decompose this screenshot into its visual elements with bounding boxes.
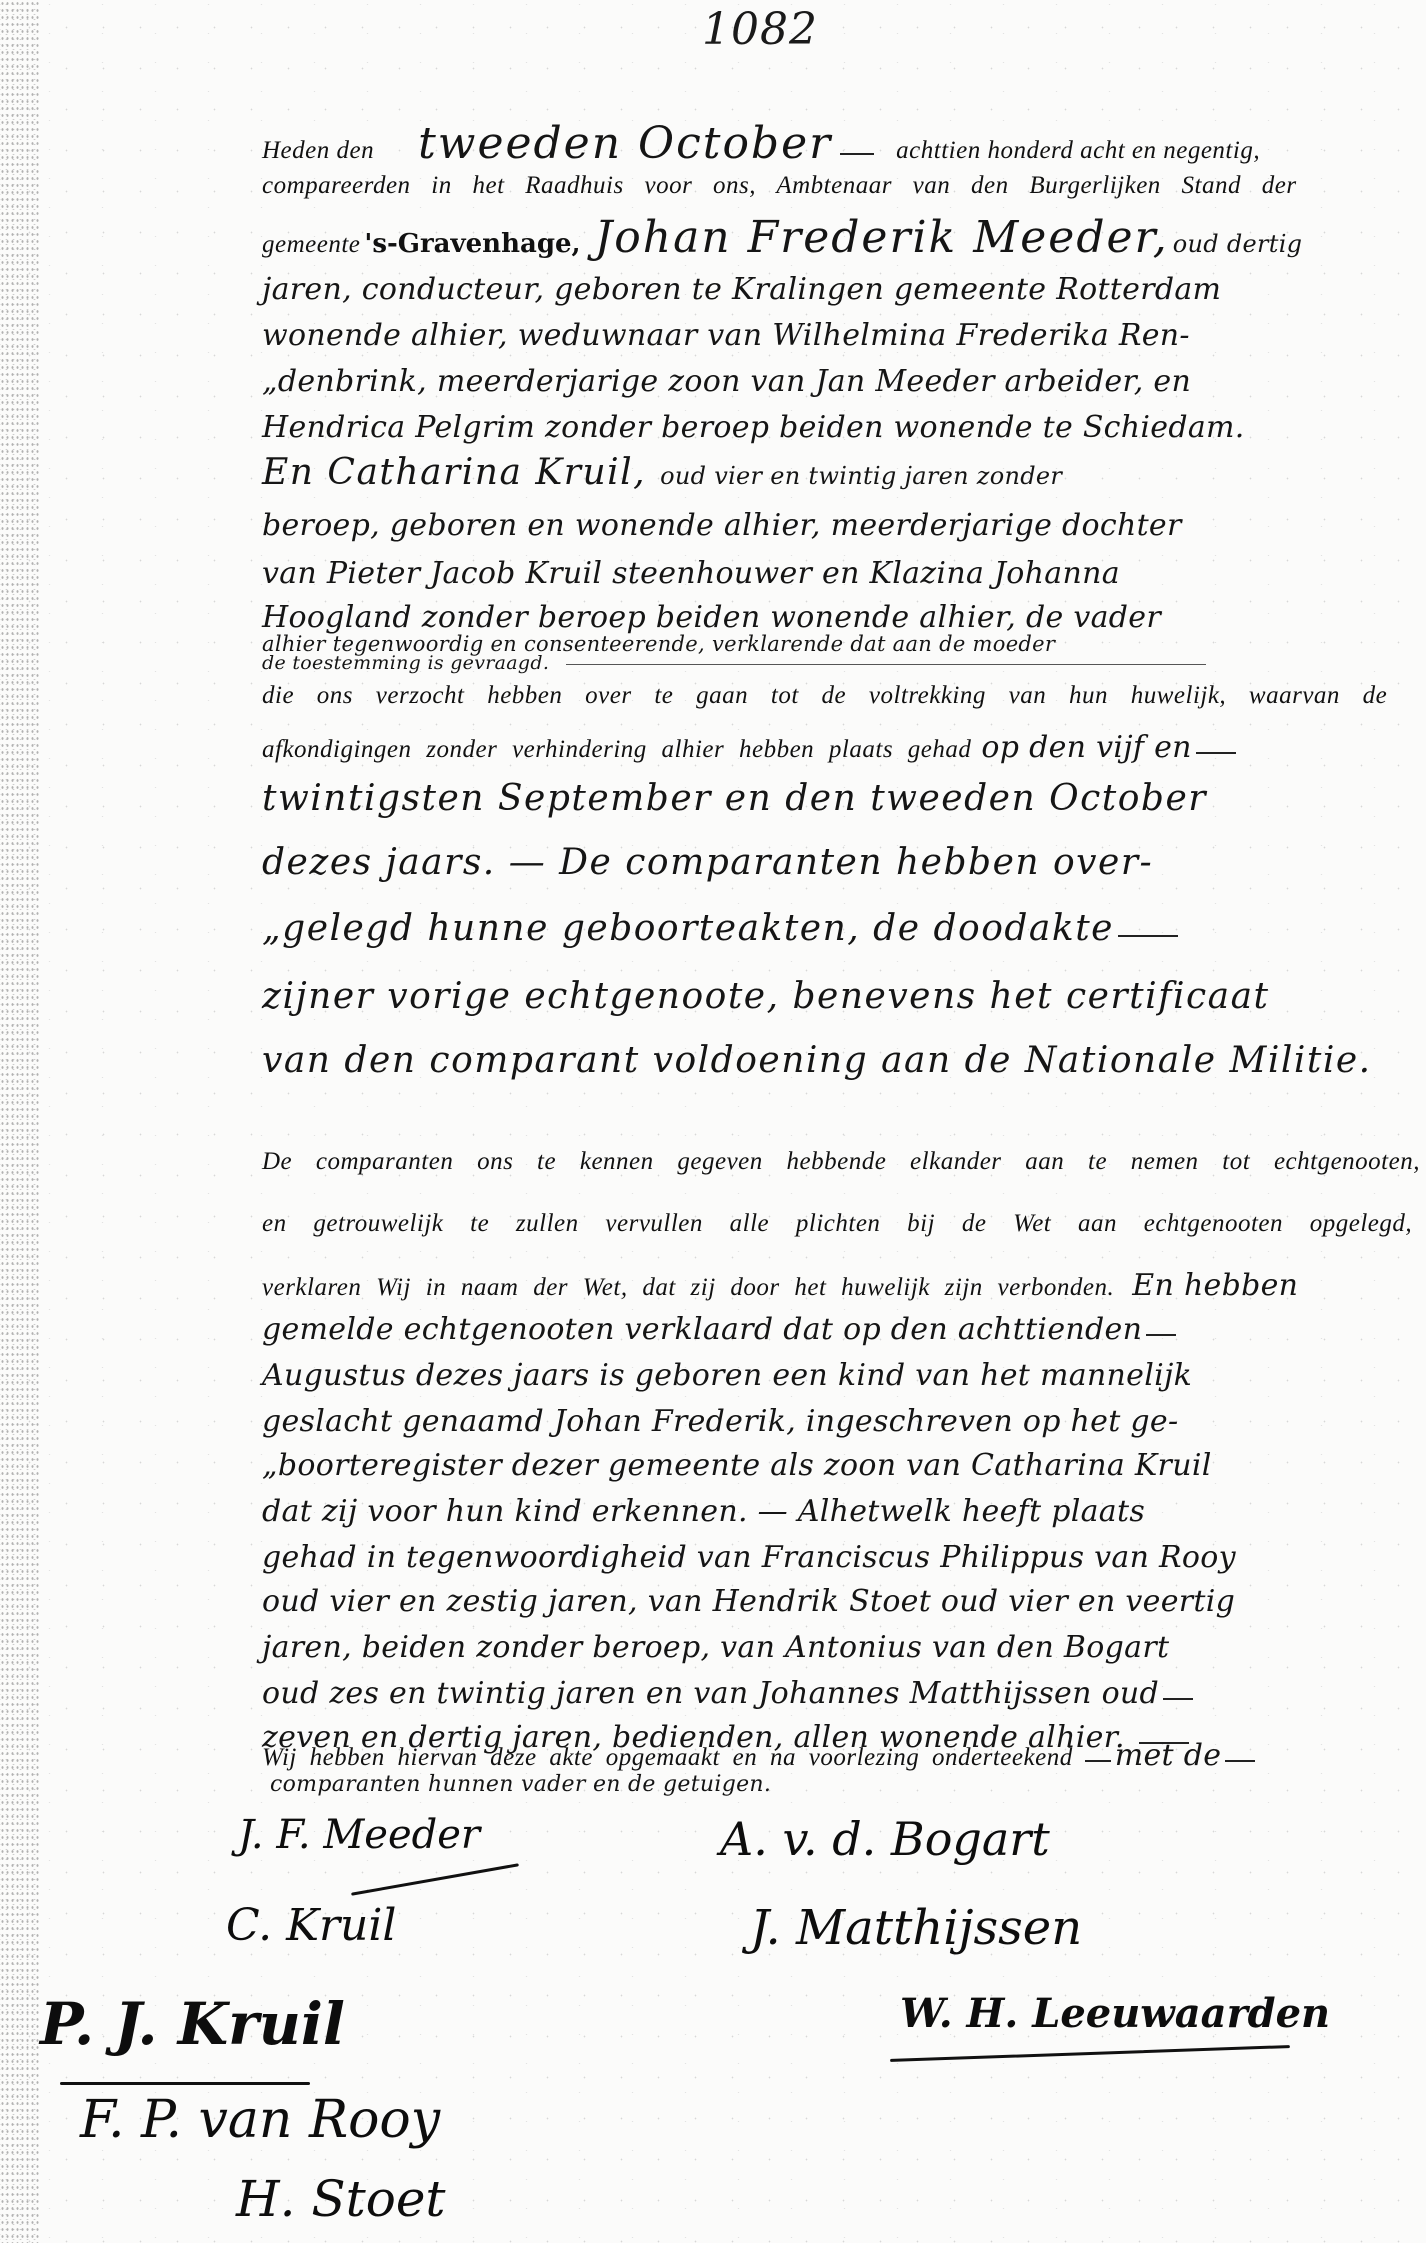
handwritten-line: beroep, geboren en wonende alhier, meerd… (262, 508, 1422, 543)
handwritten-text: En hebben (1132, 1268, 1298, 1303)
printed-text: achttien honderd acht en negentig, (896, 137, 1260, 164)
record-line: verklaren Wij in naam der Wet, dat zij d… (262, 1268, 1422, 1303)
handwritten-line: geslacht genaamd Johan Frederik, ingesch… (262, 1404, 1422, 1439)
record-line: die ons verzocht hebben over te gaan tot… (262, 682, 1422, 710)
handwritten-line: van den comparant voldoening aan de Nati… (262, 1040, 1422, 1081)
handwritten-text: de toestemming is gevraagd. (262, 652, 549, 674)
handwritten-text: met de (1115, 1738, 1222, 1773)
printed-text: verklaren Wij in naam der Wet, dat zij d… (262, 1274, 1114, 1301)
filler-stroke (1196, 752, 1236, 754)
filler-stroke (1118, 935, 1178, 937)
printed-text: gemeente (262, 231, 360, 258)
printed-text: Heden den (262, 137, 374, 164)
municipality-name: 's-Gravenhage, (364, 229, 580, 259)
filler-stroke (1146, 1334, 1176, 1336)
handwritten-text: op den vijf en (981, 730, 1191, 765)
filler-line (566, 664, 1206, 665)
record-line: afkondigingen zonder verhindering alhier… (262, 730, 1422, 765)
handwritten-line: Hendrica Pelgrim zonder beroep beiden wo… (262, 410, 1422, 445)
printed-text: afkondigingen zonder verhindering alhier… (262, 736, 971, 763)
handwritten-line: Augustus dezes jaars is geboren een kind… (262, 1358, 1422, 1393)
signature-underline (60, 2082, 310, 2085)
filler-stroke (840, 153, 874, 155)
groom-name: Johan Frederik Meeder, (595, 212, 1169, 263)
handwritten-line: wonende alhier, weduwnaar van Wilhelmina… (262, 318, 1422, 353)
signature-witness-matthijssen: J. Matthijssen (750, 1900, 1082, 1956)
signature-witness-stoet: H. Stoet (236, 2170, 446, 2228)
record-line: De comparanten ons te kennen gegeven heb… (262, 1148, 1422, 1176)
handwritten-line: dat zij voor hun kind erkennen. — Alhetw… (262, 1494, 1422, 1529)
handwritten-line: gehad in tegenwoordigheid van Franciscus… (262, 1540, 1422, 1575)
printed-text: De comparanten ons te kennen gegeven heb… (262, 1148, 1420, 1175)
handwritten-line: jaren, beiden zonder beroep, van Antoniu… (262, 1630, 1422, 1665)
handwritten-line: gemelde echtgenooten verklaard dat op de… (262, 1312, 1422, 1347)
signature-father: P. J. Kruil (40, 1990, 345, 2058)
signature-underline (351, 1863, 519, 1895)
record-line: en getrouwelijk te zullen vervullen alle… (262, 1210, 1422, 1238)
filler-stroke (1225, 1760, 1255, 1762)
signature-civil-official: W. H. Leeuwaarden (900, 1990, 1330, 2037)
handwritten-line-small: de toestemming is gevraagd. (262, 652, 1422, 674)
handwritten-date: tweeden October (418, 118, 832, 169)
handwritten-line: „gelegd hunne geboorteakten, de doodakte (262, 908, 1422, 949)
printed-text: die ons verzocht hebben over te gaan tot… (262, 682, 1387, 709)
filler-stroke (1163, 1698, 1193, 1700)
bride-name: En Catharina Kruil, (262, 452, 646, 493)
handwritten-line: zijner vorige echtgenoote, benevens het … (262, 976, 1422, 1017)
signature-witness-bogart: A. v. d. Bogart (720, 1812, 1050, 1866)
handwritten-line: jaren, conducteur, geboren te Kralingen … (262, 272, 1422, 307)
printed-text: Wij hebben hiervan deze akte opgemaakt e… (262, 1744, 1073, 1771)
handwritten-line: „denbrink, meerderjarige zoon van Jan Me… (262, 364, 1422, 399)
filler-stroke (1085, 1760, 1111, 1762)
handwritten-line: oud zes en twintig jaren en van Johannes… (262, 1676, 1422, 1711)
handwritten-text: gemelde echtgenooten verklaard dat op de… (262, 1312, 1142, 1347)
handwritten-line-small: comparanten hunnen vader en de getuigen. (270, 1772, 1426, 1797)
signature-witness-van-rooy: F. P. van Rooy (80, 2090, 440, 2150)
handwritten-line: dezes jaars. — De comparanten hebben ove… (262, 842, 1422, 883)
folio-number: 1082 (700, 4, 820, 55)
printed-text: en getrouwelijk te zullen vervullen alle… (262, 1210, 1412, 1237)
handwritten-text: oud zes en twintig jaren en van Johannes… (262, 1676, 1159, 1711)
record-line-2: compareerden in het Raadhuis voor ons, A… (262, 172, 1422, 200)
handwritten-text: oud vier en twintig jaren zonder (660, 462, 1062, 490)
handwritten-line: „boorteregister dezer gemeente als zoon … (262, 1448, 1422, 1483)
handwritten-line: van Pieter Jacob Kruil steenhouwer en Kl… (262, 556, 1422, 591)
handwritten-line: oud vier en zestig jaren, van Hendrik St… (262, 1584, 1422, 1619)
record-line-1: Heden den tweeden October achttien honde… (262, 118, 1422, 169)
handwritten-text: „gelegd hunne geboorteakten, de doodakte (262, 908, 1114, 949)
scan-edge-noise (0, 0, 40, 2243)
signature-bride: C. Kruil (226, 1900, 396, 1951)
scanned-document-page: 1082 Heden den tweeden October achttien … (0, 0, 1426, 2243)
handwritten-line: twintigsten September en den tweeden Oct… (262, 778, 1422, 819)
closing-line: Wij hebben hiervan deze akte opgemaakt e… (262, 1738, 1422, 1773)
bride-line: En Catharina Kruil, oud vier en twintig … (262, 452, 1422, 493)
handwritten-text: oud dertig (1173, 230, 1303, 258)
record-line-3: gemeente 's-Gravenhage, Johan Frederik M… (262, 212, 1422, 263)
printed-text: compareerden in het Raadhuis voor ons, A… (262, 172, 1297, 199)
handwritten-line: Hoogland zonder beroep beiden wonende al… (262, 600, 1422, 635)
signature-groom: J. F. Meeder (238, 1812, 480, 1858)
signature-underline (890, 2045, 1290, 2062)
